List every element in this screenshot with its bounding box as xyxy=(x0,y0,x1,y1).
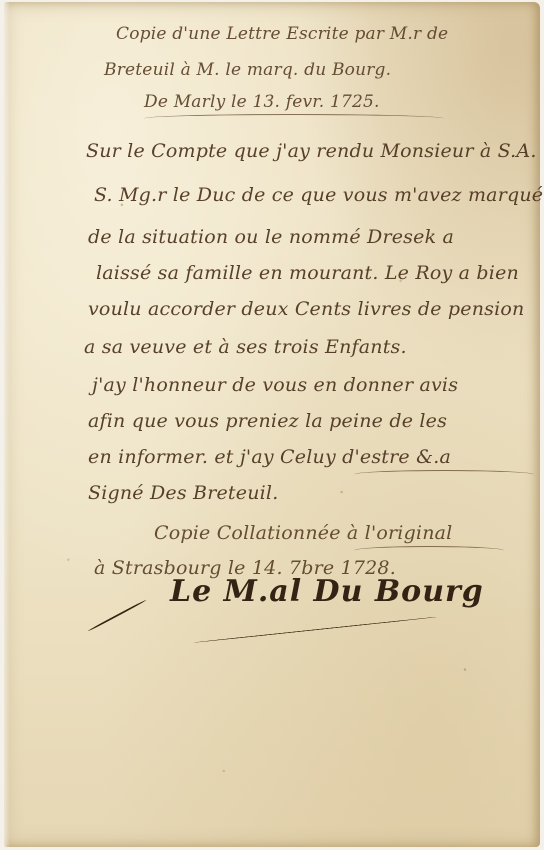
signed-line-flourish xyxy=(354,470,534,479)
body-line-2: S. Mg.r le Duc de ce que vous m'avez mar… xyxy=(94,184,543,206)
body-line-9: en informer. et j'ay Celuy d'estre &.a xyxy=(88,446,451,468)
body-line-5: voulu accorder deux Cents livres de pens… xyxy=(88,298,524,320)
attestation-line-1: Copie Collationnée à l'original xyxy=(154,522,452,544)
body-line-10-signed: Signé Des Breteuil. xyxy=(88,482,278,504)
signature-underline xyxy=(194,616,437,642)
body-line-4: laissé sa famille en mourant. Le Roy a b… xyxy=(96,262,519,284)
signature: Le M.al Du Bourg xyxy=(170,574,484,609)
header-underline-flourish xyxy=(144,114,444,123)
manuscript-page: Copie d'une Lettre Escrite par M.r de Br… xyxy=(4,2,540,847)
header-line-2: Breteuil à M. le marq. du Bourg. xyxy=(104,60,391,80)
body-line-7: j'ay l'honneur de vous en donner avis xyxy=(92,374,458,396)
body-line-8: afin que vous preniez la peine de les xyxy=(88,410,447,432)
header-date-line: De Marly le 13. fevr. 1725. xyxy=(144,92,380,112)
signature-left-stroke xyxy=(88,599,147,632)
body-line-3: de la situation ou le nommé Dresek a xyxy=(88,226,454,248)
header-line-1: Copie d'une Lettre Escrite par M.r de xyxy=(116,24,448,44)
body-line-6: a sa veuve et à ses trois Enfants. xyxy=(84,336,407,358)
paper-edge xyxy=(4,2,10,847)
body-line-1: Sur le Compte que j'ay rendu Monsieur à … xyxy=(86,140,537,162)
attestation-flourish xyxy=(354,546,504,555)
